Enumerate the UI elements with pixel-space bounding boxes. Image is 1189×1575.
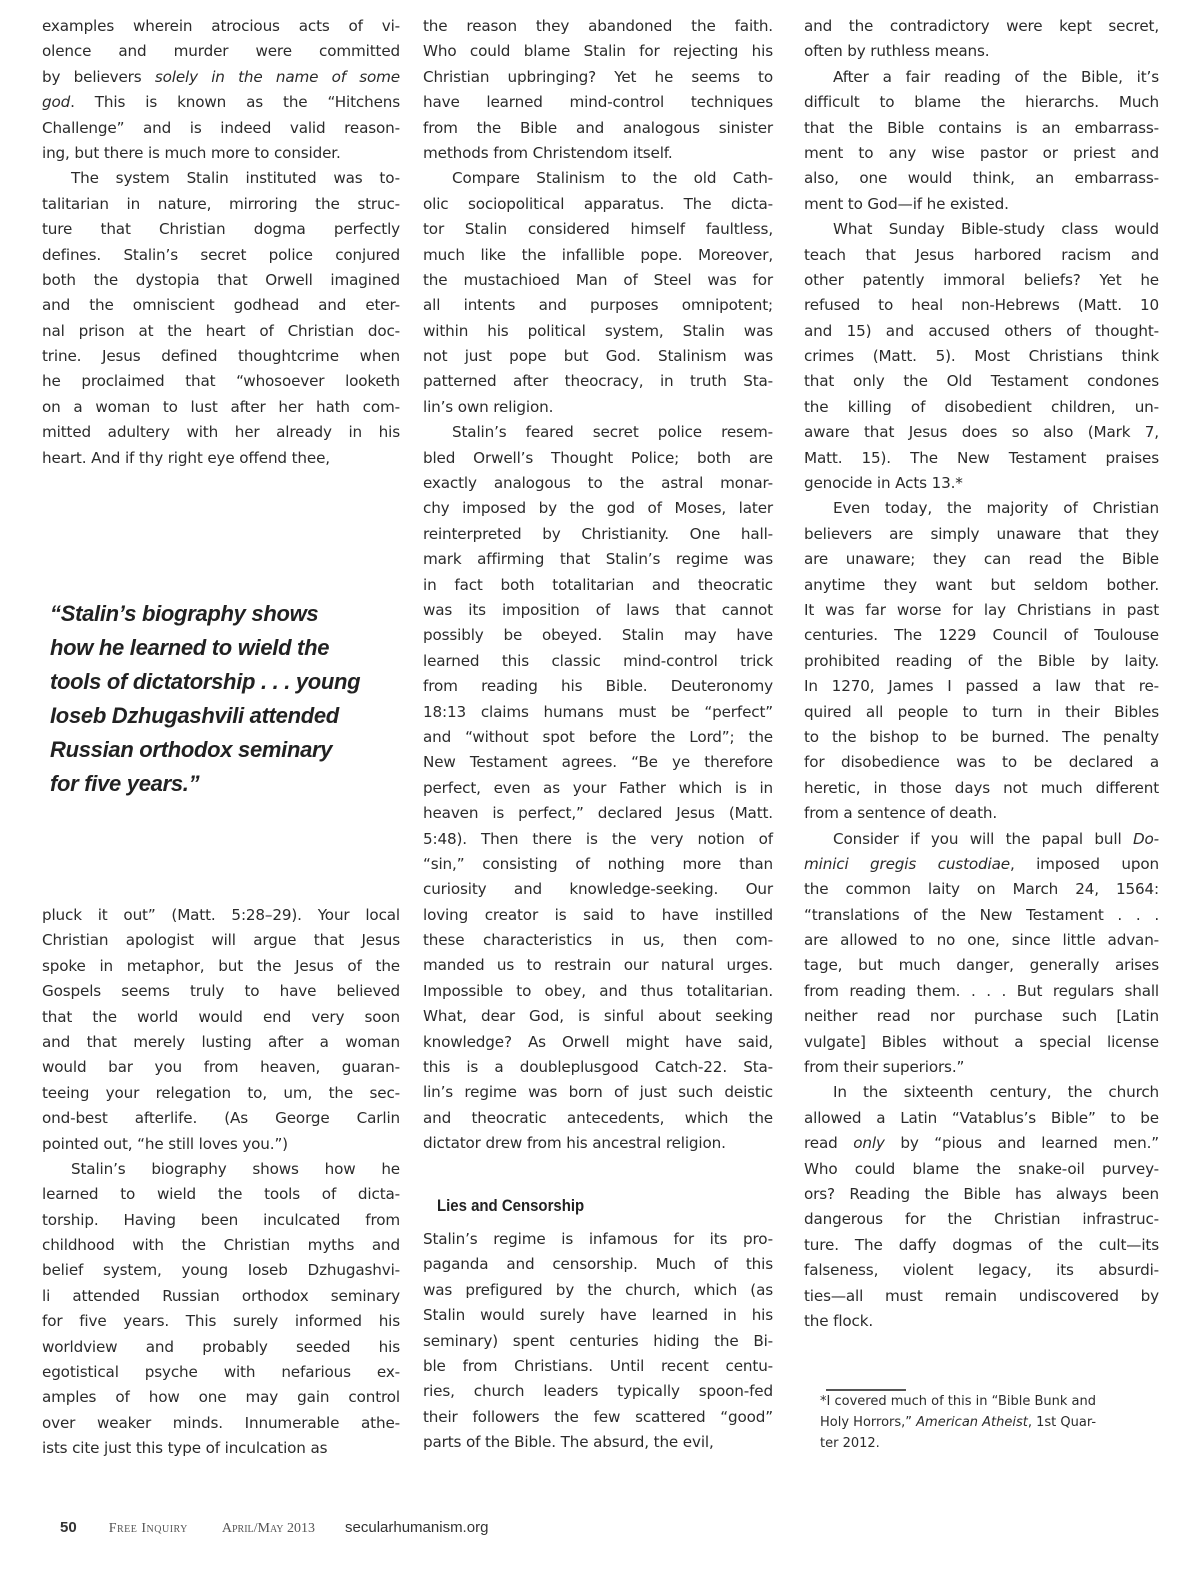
text-line: trine. Jesus defined thoughtcrime when (42, 344, 400, 369)
text-line: teeing your relegation to, um, the sec- (42, 1081, 400, 1106)
text-line: difficult to blame the hierarchs. Much (804, 90, 1159, 115)
text-line: amples of how one may gain control (42, 1385, 400, 1410)
text-line: manded us to restrain our natural urges. (423, 953, 773, 978)
text-line: genocide in Acts 13.* (804, 471, 1159, 496)
text-line: ble from Christians. Until recent centu- (423, 1354, 773, 1379)
text-line: methods from Christendom itself. (423, 141, 773, 166)
text-line: was prefigured by the church, which (as (423, 1278, 773, 1303)
text-line: other patently immoral beliefs? Yet he (804, 268, 1159, 293)
text-line: crimes (Matt. 5). Most Christians think (804, 344, 1159, 369)
text-line: What Sunday Bible-study class would (804, 217, 1159, 242)
text-line: childhood with the Christian myths and (42, 1233, 400, 1258)
text-line: Stalin’s feared secret police resem- (423, 420, 773, 445)
text-line: mitted adultery with her already in his (42, 420, 400, 445)
text-line: vulgate] Bibles without a special licens… (804, 1030, 1159, 1055)
text-line: ture. The daffy dogmas of the cult—its (804, 1233, 1159, 1258)
text-line: lin’s regime was born of just such deist… (423, 1080, 773, 1105)
text-line: ists cite just this type of inculcation … (42, 1436, 400, 1461)
text-line: prohibited reading of the Bible by laity… (804, 649, 1159, 674)
text-line: Matt. 15). The New Testament praises (804, 446, 1159, 471)
text-line: olic sociopolitical apparatus. The dicta… (423, 192, 773, 217)
text-line: ors? Reading the Bible has always been (804, 1182, 1159, 1207)
text-line: mark affirming that Stalin’s regime was (423, 547, 773, 572)
text-line: their followers the few scattered “good” (423, 1405, 773, 1430)
text-line: olence and murder were committed (42, 39, 400, 64)
text-line: bled Orwell’s Thought Police; both are (423, 446, 773, 471)
column-2-section-text: Stalin’s regime is infamous for its pro-… (423, 1227, 773, 1456)
text-line: allowed a Latin “Vatablus’s Bible” to be (804, 1106, 1159, 1131)
article-column-1: examples wherein atrocious acts of vi-ol… (42, 14, 400, 471)
text-line: minici gregis custodiae, imposed upon (804, 852, 1159, 877)
text-line: that the world would end very soon (42, 1005, 400, 1030)
text-line: Compare Stalinism to the old Cath- (423, 166, 773, 191)
text-line: pointed out, “he still loves you.”) (42, 1132, 400, 1157)
column-2-text: the reason they abandoned the faith.Who … (423, 14, 773, 1157)
text-line: Ioseb Dzhugashvili attended (50, 699, 390, 733)
website-link[interactable]: secularhumanism.org (345, 1519, 488, 1536)
text-line: are unaware; they can read the Bible (804, 547, 1159, 572)
text-line: in fact both totalitarian and theocratic (423, 573, 773, 598)
text-line: he proclaimed that “whosoever looketh (42, 369, 400, 394)
text-line: Russian orthodox seminary (50, 733, 390, 767)
text-line: “Stalin’s biography shows (50, 597, 390, 631)
text-line: read only by “pious and learned men.” (804, 1131, 1159, 1156)
text-line: dangerous for the Christian infrastruc- (804, 1207, 1159, 1232)
text-line: paganda and censorship. Much of this (423, 1252, 773, 1277)
text-line: and “without spot before the Lord”; the (423, 725, 773, 750)
text-line: The system Stalin instituted was to- (42, 166, 400, 191)
text-line: all intents and purposes omnipotent; (423, 293, 773, 318)
text-line: and theocratic antecedents, which the (423, 1106, 773, 1131)
article-column-2-section: Stalin’s regime is infamous for its pro-… (423, 1227, 773, 1456)
footnote-text: *I covered much of this in “Bible Bunk a… (820, 1391, 1160, 1454)
text-line: ture that Christian dogma perfectly (42, 217, 400, 242)
text-line: lin’s own religion. (423, 395, 773, 420)
text-line: from reading his Bible. Deuteronomy (423, 674, 773, 699)
text-line: In 1270, James I passed a law that re- (804, 674, 1159, 699)
text-line: defines. Stalin’s secret police conjured (42, 243, 400, 268)
text-line: tage, but much danger, generally arises (804, 953, 1159, 978)
text-line: possibly be obeyed. Stalin may have (423, 623, 773, 648)
page-number: 50 (60, 1519, 77, 1536)
text-line: Who could blame Stalin for rejecting his (423, 39, 773, 64)
text-line: Consider if you will the papal bull Do- (804, 827, 1159, 852)
text-line: for five years. This surely informed his (42, 1309, 400, 1334)
issue-date: April/May 2013 (222, 1521, 315, 1537)
text-line: on a woman to lust after her hath com- (42, 395, 400, 420)
text-line: for disobedience was to be declared a (804, 750, 1159, 775)
page-footer: 50 Free Inquiry April/May 2013 secularhu… (60, 1519, 488, 1537)
text-line: god. This is known as the “Hitchens (42, 90, 400, 115)
text-line: learned to wield the tools of dicta- (42, 1182, 400, 1207)
text-line: egotistical psyche with nefarious ex- (42, 1360, 400, 1385)
text-line: ties—all must remain undiscovered by (804, 1284, 1159, 1309)
text-line: talitarian in nature, mirroring the stru… (42, 192, 400, 217)
text-line: these characteristics in us, then com- (423, 928, 773, 953)
text-line: reinterpreted by Christianity. One hall- (423, 522, 773, 547)
text-line: 18:13 claims humans must be “perfect” (423, 700, 773, 725)
text-line: would bar you from heaven, guaran- (42, 1055, 400, 1080)
text-line: knowledge? As Orwell might have said, (423, 1030, 773, 1055)
text-line: learned this classic mind-control trick (423, 649, 773, 674)
text-line: much like the infallible pope. Moreover, (423, 243, 773, 268)
text-line: that only the Old Testament condones (804, 369, 1159, 394)
text-line: and 15) and accused others of thought- (804, 319, 1159, 344)
text-line: New Testament agrees. “Be ye therefore (423, 750, 773, 775)
text-line: It was far worse for lay Christians in p… (804, 598, 1159, 623)
text-line: “translations of the New Testament . . . (804, 903, 1159, 928)
text-line: “sin,” consisting of nothing more than (423, 852, 773, 877)
text-line: the mustachioed Man of Steel was for (423, 268, 773, 293)
text-line: pluck it out” (Matt. 5:28–29). Your loca… (42, 903, 400, 928)
text-line: 5:48). Then there is the very notion of (423, 827, 773, 852)
text-line: ing, but there is much more to consider. (42, 141, 400, 166)
text-line: how he learned to wield the (50, 631, 390, 665)
text-line: the common laity on March 24, 1564: (804, 877, 1159, 902)
text-line: Stalin’s regime is infamous for its pro- (423, 1227, 773, 1252)
text-line: ment to any wise pastor or priest and (804, 141, 1159, 166)
text-line: falseness, violent legacy, its absurdi- (804, 1258, 1159, 1283)
text-line: for five years.” (50, 767, 390, 801)
text-line: In the sixteenth century, the church (804, 1080, 1159, 1105)
text-line: from reading them. . . . But regulars sh… (804, 979, 1159, 1004)
text-line: ries, church leaders typically spoon-fed (423, 1379, 773, 1404)
text-line: to the bishop to be burned. The penalty (804, 725, 1159, 750)
text-line: torship. Having been inculcated from (42, 1208, 400, 1233)
text-line: loving creator is said to have instilled (423, 903, 773, 928)
text-line: Stalin’s biography shows how he (42, 1157, 400, 1182)
text-line: parts of the Bible. The absurd, the evil… (423, 1430, 773, 1455)
text-line: dictator drew from his ancestral religio… (423, 1131, 773, 1156)
text-line: exactly analogous to the astral monar- (423, 471, 773, 496)
text-line: chy imposed by the god of Moses, later (423, 496, 773, 521)
text-line: are allowed to no one, since little adva… (804, 928, 1159, 953)
text-line: centuries. The 1229 Council of Toulouse (804, 623, 1159, 648)
text-line: the reason they abandoned the faith. (423, 14, 773, 39)
text-line: tools of dictatorship . . . young (50, 665, 390, 699)
column-1-top-text: examples wherein atrocious acts of vi-ol… (42, 14, 400, 471)
text-line: Who could blame the snake-oil purvey- (804, 1157, 1159, 1182)
column-3-text: and the contradictory were kept secret,o… (804, 14, 1159, 1334)
text-line: refused to heal non-Hebrews (Matt. 10 (804, 293, 1159, 318)
text-line: ter 2012. (820, 1433, 1160, 1454)
text-line: teach that Jesus harbored racism and (804, 243, 1159, 268)
text-line: belief system, young Ioseb Dzhugashvi- (42, 1258, 400, 1283)
text-line: from a sentence of death. (804, 801, 1159, 826)
text-line: *I covered much of this in “Bible Bunk a… (820, 1391, 1160, 1412)
text-line: Even today, the majority of Christian (804, 496, 1159, 521)
text-line: the flock. (804, 1309, 1159, 1334)
text-line: not just pope but God. Stalinism was (423, 344, 773, 369)
text-line: heart. And if thy right eye offend thee, (42, 446, 400, 471)
text-line: spoke in metaphor, but the Jesus of the (42, 954, 400, 979)
text-line: and that merely lusting after a woman (42, 1030, 400, 1055)
text-line: ond-best afterlife. (As George Carlin (42, 1106, 400, 1131)
text-line: seminary) spent centuries hiding the Bi- (423, 1329, 773, 1354)
text-line: within his political system, Stalin was (423, 319, 773, 344)
text-line: that the Bible contains is an embarrass- (804, 116, 1159, 141)
article-column-1-continued: pluck it out” (Matt. 5:28–29). Your loca… (42, 903, 400, 1462)
text-line: Christian apologist will argue that Jesu… (42, 928, 400, 953)
text-line: Holy Horrors,” American Atheist, 1st Qua… (820, 1412, 1160, 1433)
text-line: quired all people to turn in their Bible… (804, 700, 1159, 725)
text-line: curiosity and knowledge-seeking. Our (423, 877, 773, 902)
text-line: perfect, even as your Father which is in (423, 776, 773, 801)
text-line: was its imposition of laws that cannot (423, 598, 773, 623)
text-line: After a fair reading of the Bible, it’s (804, 65, 1159, 90)
text-line: examples wherein atrocious acts of vi- (42, 14, 400, 39)
text-line: from their superiors.” (804, 1055, 1159, 1080)
magazine-name: Free Inquiry (109, 1521, 188, 1537)
text-line: anytime they want but seldom bother. (804, 573, 1159, 598)
article-column-2: the reason they abandoned the faith.Who … (423, 14, 773, 1157)
pull-quote: “Stalin’s biography showshow he learned … (50, 597, 390, 801)
text-line: worldview and probably seeded his (42, 1335, 400, 1360)
text-line: heaven is perfect,” declared Jesus (Matt… (423, 801, 773, 826)
text-line: by believers solely in the name of some (42, 65, 400, 90)
text-line: ment to God—if he existed. (804, 192, 1159, 217)
text-line: often by ruthless means. (804, 39, 1159, 64)
text-line: Gospels seems truly to have believed (42, 979, 400, 1004)
text-line: nal prison at the heart of Christian doc… (42, 319, 400, 344)
text-line: the killing of disobedient children, un- (804, 395, 1159, 420)
text-line: tor Stalin considered himself faultless, (423, 217, 773, 242)
text-line: li attended Russian orthodox seminary (42, 1284, 400, 1309)
text-line: Impossible to obey, and thus totalitaria… (423, 979, 773, 1004)
footnote: *I covered much of this in “Bible Bunk a… (820, 1391, 1160, 1454)
text-line: Challenge” and is indeed valid reason- (42, 116, 400, 141)
text-line: also, one would think, an embarrass- (804, 166, 1159, 191)
text-line: from the Bible and analogous sinister (423, 116, 773, 141)
text-line: both the dystopia that Orwell imagined (42, 268, 400, 293)
text-line: heretic, in those days not much differen… (804, 776, 1159, 801)
text-line: patterned after theocracy, in truth Sta- (423, 369, 773, 394)
text-line: this is a doubleplusgood Catch-22. Sta- (423, 1055, 773, 1080)
text-line: Christian upbringing? Yet he seems to (423, 65, 773, 90)
text-line: What, dear God, is sinful about seeking (423, 1004, 773, 1029)
pull-quote-text: “Stalin’s biography showshow he learned … (50, 597, 390, 801)
column-1-bottom-text: pluck it out” (Matt. 5:28–29). Your loca… (42, 903, 400, 1462)
text-line: have learned mind-control techniques (423, 90, 773, 115)
text-line: Stalin would surely have learned in his (423, 1303, 773, 1328)
text-line: and the contradictory were kept secret, (804, 14, 1159, 39)
article-column-3: and the contradictory were kept secret,o… (804, 14, 1159, 1334)
text-line: believers are simply unaware that they (804, 522, 1159, 547)
text-line: over weaker minds. Innumerable athe- (42, 1411, 400, 1436)
text-line: neither read nor purchase such [Latin (804, 1004, 1159, 1029)
text-line: and the omniscient godhead and eter- (42, 293, 400, 318)
section-heading: Lies and Censorship (437, 1196, 584, 1216)
text-line: aware that Jesus does so also (Mark 7, (804, 420, 1159, 445)
